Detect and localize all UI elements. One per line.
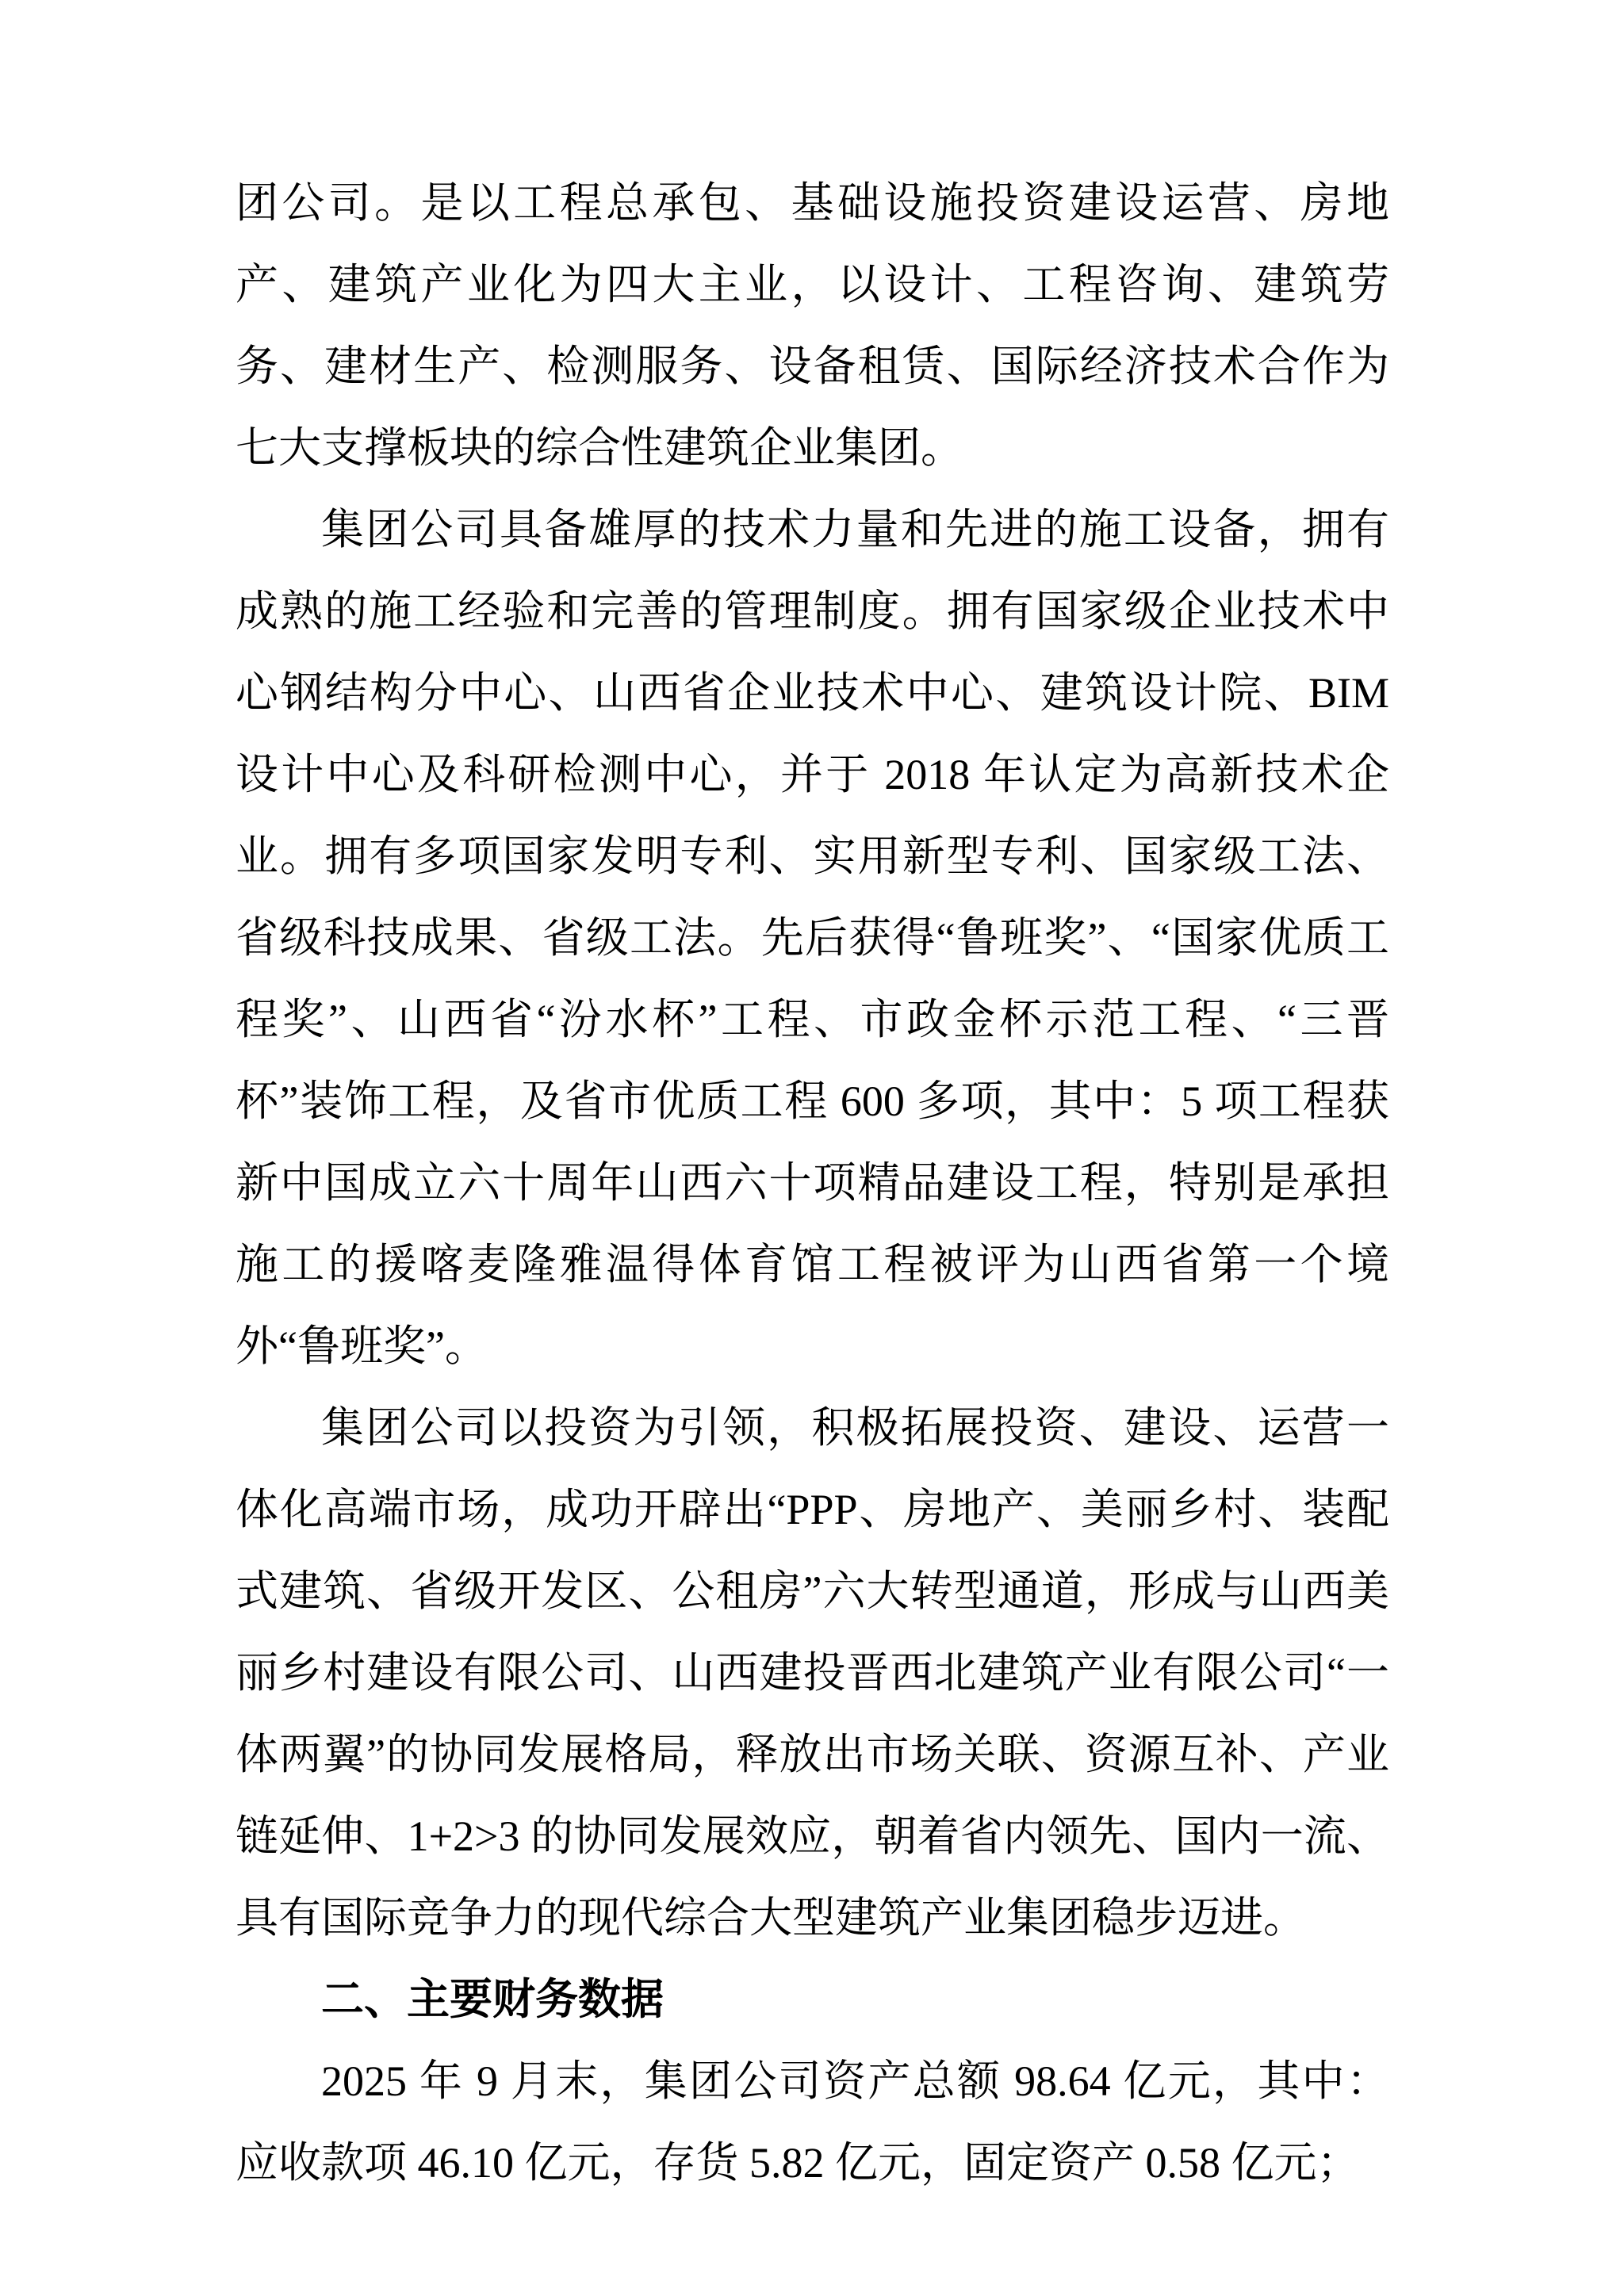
document-body: 团公司。是以工程总承包、基础设施投资建设运营、房地产、建筑产业化为四大主业，以设… (236, 163, 1389, 2204)
paragraph-continuation: 团公司。是以工程总承包、基础设施投资建设运营、房地产、建筑产业化为四大主业，以设… (236, 163, 1389, 489)
paragraph-company-strength: 集团公司具备雄厚的技术力量和先进的施工设备，拥有成熟的施工经验和完善的管理制度。… (236, 489, 1389, 1387)
paragraph-financial-summary: 2025 年 9 月末，集团公司资产总额 98.64 亿元，其中：应收款项 46… (236, 2041, 1389, 2204)
paragraph-investment: 集团公司以投资为引领，积极拓展投资、建设、运营一体化高端市场，成功开辟出“PPP… (236, 1387, 1389, 1959)
section-heading-financial-data: 二、主要财务数据 (236, 1959, 1389, 2041)
document-page: 团公司。是以工程总承包、基础设施投资建设运营、房地产、建筑产业化为四大主业，以设… (0, 0, 1624, 2296)
